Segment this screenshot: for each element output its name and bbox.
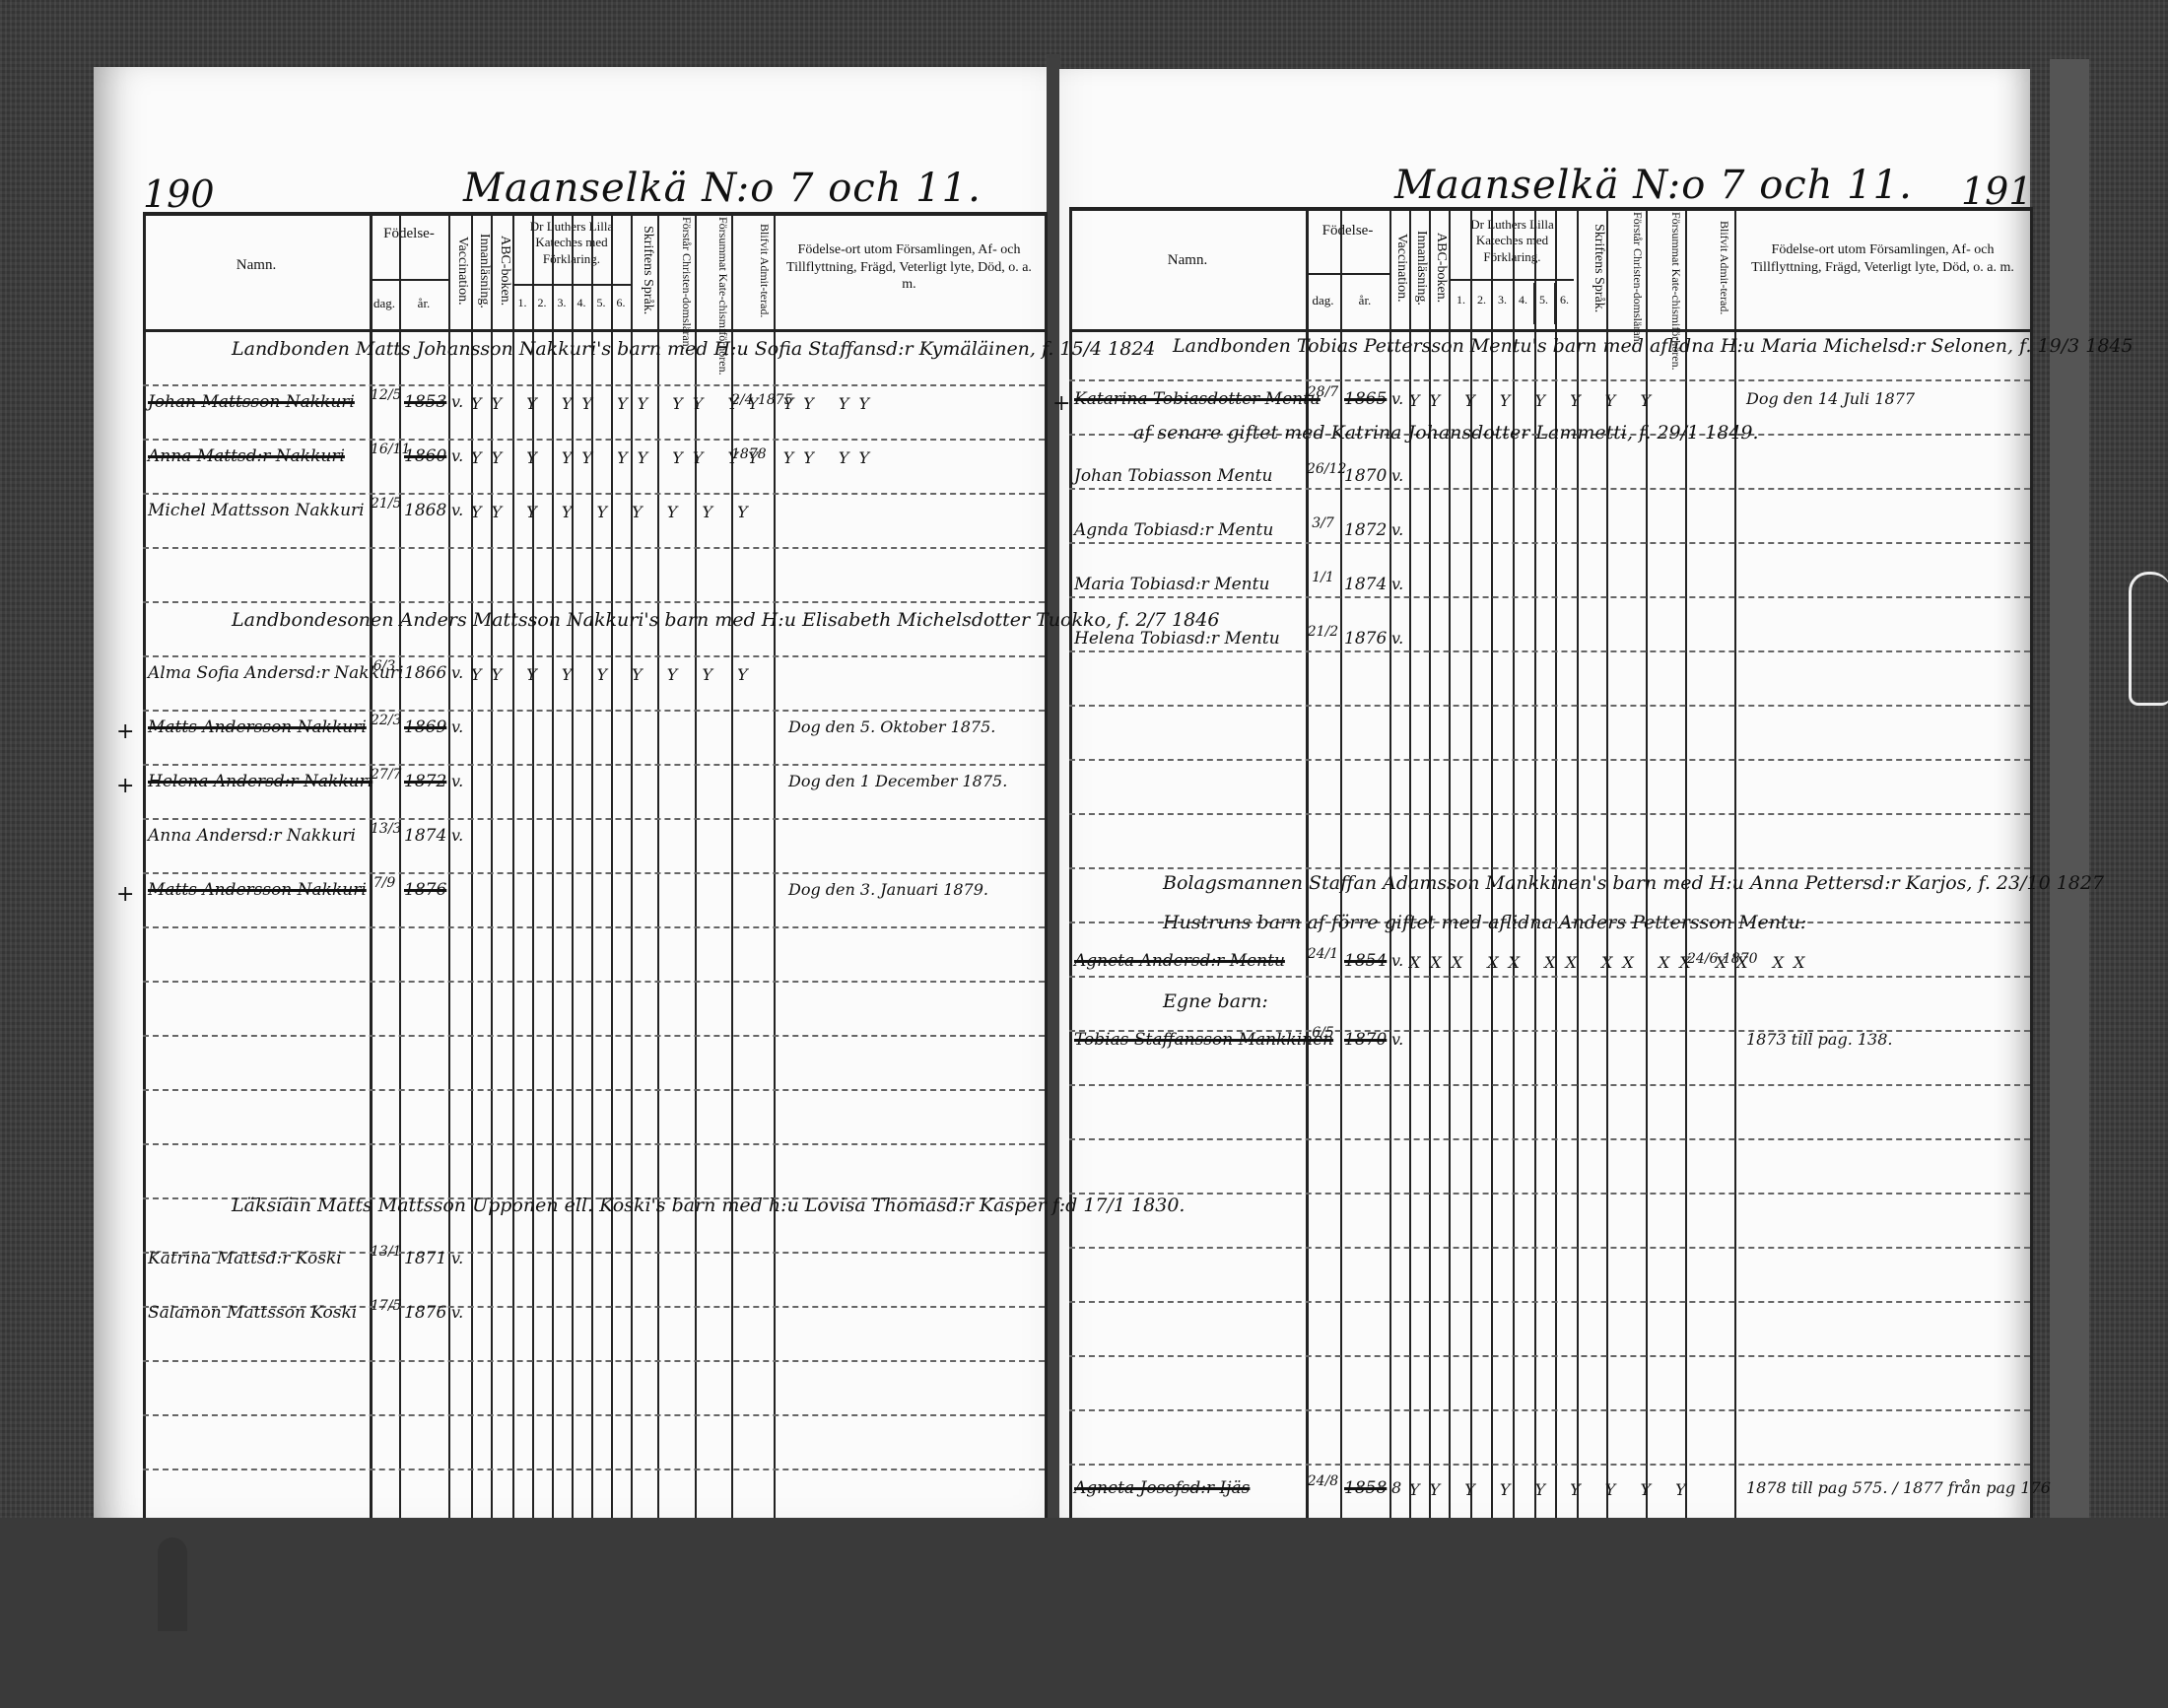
row-rule [143,384,1045,386]
column-rule [1045,212,1048,1523]
row-rule [1069,1409,2030,1411]
column-rule [2030,207,2033,1526]
row-rule [1069,705,2030,707]
birth-day-month: 22/3 [371,714,398,728]
book-spine [1047,54,1060,1611]
person-name: Anna Mattsd:r Nakkuri [148,446,345,466]
column-rule [448,212,450,1523]
birth-year: 1860 [404,446,446,466]
group-heading: Bolagsmannen Staffan Adamsson Mankkinen'… [1163,872,2104,894]
vaccination-mark: v. [451,826,463,845]
person-name: Helena Andersd:r Nakkuri [148,772,373,791]
row-rule [143,493,1045,495]
header-blifvit: Blifvit Admit-terad. [1687,215,1731,321]
running-title-right: Maanselkä N:o 7 och 11. [1394,163,1913,208]
birth-day-month: 16/11 [371,443,398,457]
row-rule [1069,1247,2030,1249]
column-rule [1734,207,1736,1526]
birth-day-month: 13/1 [371,1245,398,1260]
death-cross-icon: + [116,719,134,744]
katekes-number: 4. [572,296,591,310]
row-rule [143,439,1045,441]
birth-year: 1876 [404,880,446,900]
katekes-number: 2. [1471,293,1492,307]
column-rule [1685,207,1687,1526]
person-name: Helena Tobiasd:r Mentu [1074,629,1280,649]
birth-year: 1854 [1344,951,1387,971]
reading-marks: YY Y Y Y Y Y Y Y [1409,1480,1696,1499]
birth-year: 1868 [404,501,446,520]
group-subheading: Hustruns barn af förre giftet med aflidn… [1163,912,1806,933]
header-skriftens: Skriftens Språk. [1577,215,1606,321]
header-dag: dag. [370,296,399,311]
header-forsummat: Försummat Kate-chismiförhören. [697,217,730,323]
birth-day-month: 13/3 [371,822,398,837]
vaccination-mark: v. [451,501,463,519]
katekes-number: 5. [591,296,611,310]
birth-year: 1872 [404,772,446,791]
header-fodelse: Födelse- [370,225,448,243]
reading-marks: YY Y Y Y Y Y Y Y [471,665,758,684]
vaccination-mark: v. [1391,466,1403,485]
column-rule [143,212,146,1523]
birth-day-month: 7/9 [371,876,398,891]
row-rule [143,1143,1045,1145]
katekes-number: 6. [1554,293,1575,307]
person-name: Johan Mattsson Nakkuri [148,392,355,412]
person-name: Alma Sofia Andersd:r Nakkuri [148,663,403,683]
row-rule [143,655,1045,657]
death-cross-icon: + [116,882,134,907]
birth-year: 1866 [404,663,446,683]
person-name: Katrina Mattsd:r Koski [148,1249,342,1268]
birth-year: 1853 [404,392,446,412]
katekes-number: 1. [512,296,532,310]
birth-day-month: 12/5 [371,388,398,403]
header-ar: år. [1340,293,1389,308]
page-number-left: 190 [143,172,215,216]
header-fodelseort: Födelse-ort utom Församlingen, Af- och T… [783,241,1035,294]
person-name: Salamon Mattsson Koski [148,1303,357,1323]
death-cross-icon: + [1052,391,1070,416]
remark-note: Dog den 14 Juli 1877 [1746,389,1915,408]
column-rule [370,212,373,1523]
row-rule [1069,650,2030,652]
header-innanlasning: Innanläsning. [1411,215,1429,321]
vaccination-mark: v. [451,446,463,465]
row-rule [1069,542,2030,544]
header-blifvit: Blifvit Admit-terad. [734,219,772,322]
person-name: Matts Andersson Nakkuri [148,880,367,900]
reading-marks: YY Y YY YY YY YY YY YY [471,448,879,467]
row-rule [1069,379,2030,381]
row-rule [1069,1084,2030,1086]
row-rule [143,981,1045,983]
person-name: Katarina Tobiasdotter Mentu [1074,389,1321,409]
row-rule [1069,1138,2030,1140]
vaccination-mark: v. [451,1303,463,1322]
reading-marks: YY Y Y Y Y Y Y Y [471,503,758,521]
group-heading: af senare giftet med Katrina Johansdotte… [1133,422,1759,444]
thumb-shadow [158,1537,187,1631]
birth-day-month: 3/7 [1307,516,1339,531]
vaccination-mark: v. [451,772,463,790]
remark-note: 1873 till pag. 138. [1746,1030,1893,1049]
scan-bottom-shadow [0,1518,2168,1708]
row-rule [143,818,1045,820]
row-rule [1069,867,2030,869]
birth-year: 1870 [1344,466,1387,486]
row-rule [143,601,1045,603]
header-forstar: Förstår Christen-domsläran. [1609,212,1645,322]
person-name: Michel Mattsson Nakkuri [148,501,365,520]
running-title-left: Maanselkä N:o 7 och 11. [463,166,982,211]
katekes-number: 3. [552,296,572,310]
row-rule [143,926,1045,928]
person-name: Maria Tobiasd:r Mentu [1074,575,1269,594]
katekes-number: 3. [1492,293,1513,307]
birth-year: 1876 [404,1303,446,1323]
header-fodelse: Födelse- [1306,222,1389,240]
katekes-number: 2. [532,296,552,310]
group-heading: Landbonden Matts Johansson Nakkuri's bar… [232,338,1156,360]
row-rule [1069,1464,2030,1466]
birth-year: 1874 [1344,575,1387,594]
row-rule [143,710,1045,712]
row-rule [143,1360,1045,1362]
birth-year: 1874 [404,826,446,846]
birth-day-month: 24/8 [1307,1474,1339,1489]
birth-day-month: 24/1 [1307,947,1339,962]
birth-day-month: 17/5 [371,1299,398,1314]
birth-day-month: 1/1 [1307,571,1339,585]
header-abc: ABC-boken. [1431,215,1449,321]
header-namn: Namn. [148,256,365,275]
person-name: Matts Andersson Nakkuri [148,717,367,737]
admitted-date: 2/4 1875 [731,392,793,408]
person-name: Agneta Josefsd:r Ijäs [1074,1478,1250,1498]
row-rule [143,764,1045,766]
admitted-date: 24/6 1870 [1687,951,1758,967]
vaccination-mark: v. [1391,575,1403,593]
column-rule [1340,207,1342,1526]
fodelse-divider [370,279,448,281]
birth-year: 1876 [1344,629,1387,649]
vaccination-mark: v. [451,1249,463,1267]
birth-day-month: 21/5 [371,497,398,512]
remark-note: Dog den 1 December 1875. [788,772,1007,790]
person-name: Agneta Andersd:r Mentu [1074,951,1285,971]
birth-year: 1872 [1344,520,1387,540]
person-name: Anna Andersd:r Nakkuri [148,826,356,846]
vaccination-mark: v. [451,663,463,682]
row-rule [1069,596,2030,598]
header-dag: dag. [1306,293,1340,308]
vaccination-mark: v. [451,392,463,411]
header-vaccination: Vaccination. [450,219,470,322]
header-forsummat: Försummat Kate-chismiförhören. [1648,212,1683,322]
birth-year: 1870 [1344,1030,1387,1050]
row-rule [1069,813,2030,815]
group-heading: Landbonden Tobias Pettersson Mentu's bar… [1173,335,2134,357]
birth-day-month: 21/2 [1307,625,1339,640]
header-forstar: Förstår Christen-domsläran. [660,217,694,323]
reading-marks: YY Y YY YY YY YY YY YY [471,394,879,413]
person-name: Agnda Tobiasd:r Mentu [1074,520,1273,540]
katekes-number: 6. [611,296,631,310]
remark-note: Dog den 5. Oktober 1875. [788,717,995,736]
row-rule [143,1414,1045,1416]
admitted-date: 1878 [731,446,767,462]
vaccination-mark: v. [1391,1030,1403,1049]
row-rule [143,1089,1045,1091]
vaccination-mark: v. [1391,951,1403,970]
header-skriftens: Skriftens Språk. [634,219,655,322]
vaccination-mark: v. [1391,629,1403,648]
row-rule [1069,976,2030,978]
row-rule [1069,1355,2030,1357]
person-name: Johan Tobiasson Mentu [1074,466,1272,486]
header-namn: Namn. [1074,251,1301,270]
vaccination-mark: 8 [1391,1478,1401,1497]
reading-marks: YY Y Y Y Y Y Y [1409,391,1660,410]
remark-note: Dog den 3. Januari 1879. [788,880,988,899]
person-name: Tobias Staffansson Mankkinen [1074,1030,1333,1050]
clip-wire [2129,572,2168,706]
row-rule [1069,759,2030,761]
katekes-number: 5. [1533,293,1554,307]
header-fodelseort: Födelse-ort utom Församlingen, Af- och T… [1742,241,2023,276]
birth-day-month: 6/5 [1307,1026,1339,1041]
book-edge [2050,59,2089,1597]
birth-year: 1865 [1344,389,1387,409]
row-rule [143,547,1045,549]
group-heading: Läksiäin Matts Mattsson Upponen ell. Kos… [232,1195,1185,1216]
header-innanlasning: Innanläsning. [472,219,492,322]
column-rule [399,212,401,1523]
fodelse-divider [1306,273,1389,275]
birth-year: 1858 [1344,1478,1387,1498]
vaccination-mark: v. [1391,389,1403,408]
row-rule [1069,1193,2030,1195]
birth-day-month: 28/7 [1307,385,1339,400]
birth-day-month: 26/12 [1307,462,1339,477]
birth-year: 1871 [404,1249,446,1268]
row-rule [143,872,1045,874]
row-rule [1069,1301,2030,1303]
remark-note: 1878 till pag 575. / 1877 från pag 176 [1746,1478,2051,1497]
katekes-number: 4. [1513,293,1533,307]
birth-year: 1869 [404,717,446,737]
birth-day-month: 27/7 [371,768,398,783]
row-rule [1069,488,2030,490]
katekes-number: 1. [1451,293,1471,307]
birth-day-month: 6/3 [371,659,398,674]
group-heading: Egne barn: [1163,991,1268,1012]
vaccination-mark: v. [1391,520,1403,539]
row-rule [143,1469,1045,1470]
row-rule [143,1035,1045,1037]
header-ar: år. [399,296,448,311]
death-cross-icon: + [116,774,134,798]
header-abc: ABC-boken. [493,219,512,322]
vaccination-mark: v. [451,717,463,736]
header-vaccination: Vaccination. [1391,215,1409,321]
